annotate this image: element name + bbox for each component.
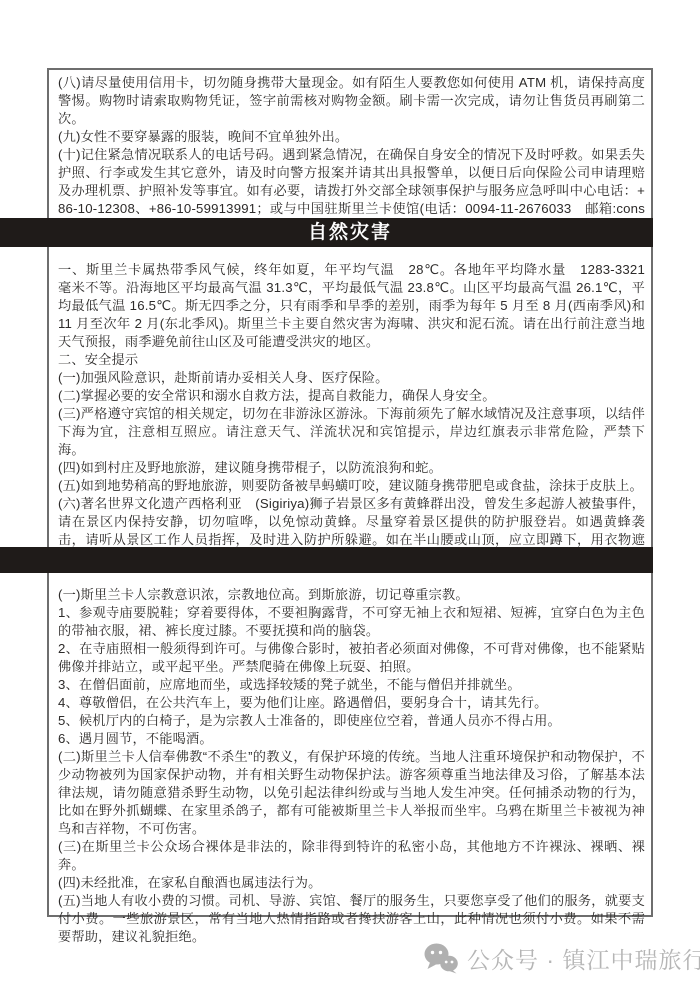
paragraph: (五)当地人有收小费的习惯。司机、导游、宾馆、餐厅的服务生，只要您享受了他们的服… — [58, 892, 645, 946]
paragraph: (二)斯里兰卡人信奉佛教“不杀生”的教义，有保护环境的传统。当地人注重环境保护和… — [58, 748, 645, 838]
paragraph: 二、安全提示 — [58, 351, 645, 369]
section-religion-customs: (一)斯里兰卡人宗教意识浓，宗教地位高。到斯旅游，切记尊重宗教。1、参观寺庙要脱… — [58, 586, 645, 946]
paragraph: 5、候机厅内的白椅子，是为宗教人士准备的，即使座位空着，普通人员亦不得占用。 — [58, 712, 645, 730]
section-emergency-tips: (八)请尽量使用信用卡，切勿随身携带大量现金。如有陌生人要教您如何使用 ATM … — [58, 74, 645, 236]
section-natural-disasters: 一、斯里兰卡属热带季风气候，终年如夏，年平均气温 28℃。各地年平均降水量 12… — [58, 261, 645, 567]
paragraph: 4、尊敬僧侣，在公共汽车上，要为他们让座。路遇僧侣，要躬身合十，请其先行。 — [58, 694, 645, 712]
paragraph: 一、斯里兰卡属热带季风气候，终年如夏，年平均气温 28℃。各地年平均降水量 12… — [58, 261, 645, 351]
paragraph: (二)掌握必要的安全常识和溺水自救方法，提高自救能力，确保人身安全。 — [58, 387, 645, 405]
divider-bar — [0, 547, 653, 573]
natural-disasters-title: 自然灾害 — [0, 218, 653, 247]
paragraph: (四)如到村庄及野地旅游，建议随身携带棍子，以防流浪狗和蛇。 — [58, 459, 645, 477]
paragraph: (三)严格遵守宾馆的相关规定，切勿在非游泳区游泳。下海前须先了解水域情况及注意事… — [58, 405, 645, 459]
paragraph: (一)斯里兰卡人宗教意识浓，宗教地位高。到斯旅游，切记尊重宗教。 — [58, 586, 645, 604]
paragraph: (三)在斯里兰卡公众场合裸体是非法的，除非得到特许的私密小岛，其他地方不许裸泳、… — [58, 838, 645, 874]
paragraph: 6、遇月圆节，不能喝酒。 — [58, 730, 645, 748]
paragraph: (四)未经批准，在家私自酿酒也属违法行为。 — [58, 874, 645, 892]
watermark-label: 公众号 · 镇江中瑞旅行社 — [467, 942, 700, 975]
wechat-icon — [424, 943, 458, 974]
paragraph: (八)请尽量使用信用卡，切勿随身携带大量现金。如有陌生人要教您如何使用 ATM … — [58, 74, 645, 128]
paragraph: (九)女性不要穿暴露的服装，晚间不宜单独外出。 — [58, 128, 645, 146]
paragraph: (一)加强风险意识，赴斯前请办妥相关人身、医疗保险。 — [58, 369, 645, 387]
header-natural-disasters: 自然灾害 — [0, 218, 653, 247]
paragraph: 3、在僧侣面前，应席地而坐，或选择较矮的凳子就坐，不能与僧侣并排就坐。 — [58, 676, 645, 694]
watermark: 公众号 · 镇江中瑞旅行社 — [424, 942, 700, 975]
paragraph: (五)如到地势稍高的野地旅游，则要防备被旱蚂蟥叮咬，建议随身携带肥皂或食盐，涂抹… — [58, 477, 645, 495]
paragraph: 1、参观寺庙要脱鞋；穿着要得体，不要袒胸露背，不可穿无袖上衣和短裙、短裤，宜穿白… — [58, 604, 645, 640]
paragraph: 2、在寺庙照相一般须得到许可。与佛像合影时，被拍者必须面对佛像，不可背对佛像，也… — [58, 640, 645, 676]
